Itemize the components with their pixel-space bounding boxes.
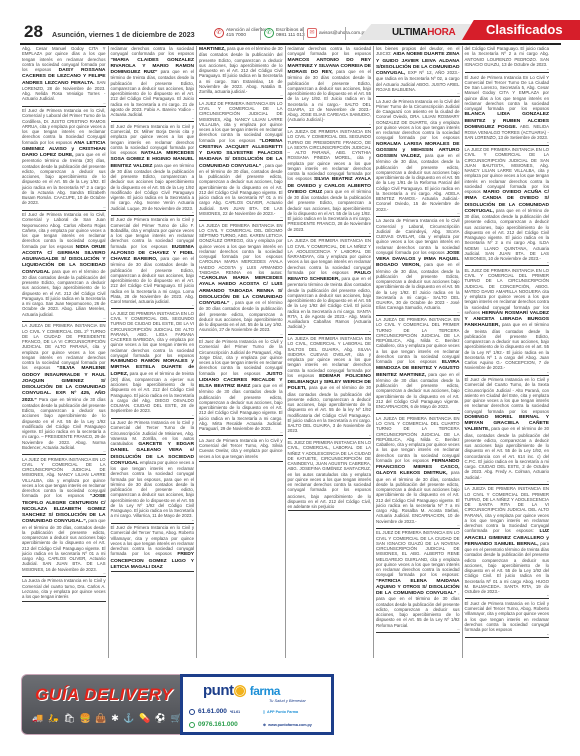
legal-notice: El Juez de Primera Instancia en lo Civil… (111, 525, 195, 572)
legal-notice: El Juez de Primera Instancia en lo Civil… (465, 377, 550, 485)
notice-text: para que en el término de treinta días, … (111, 69, 195, 117)
delivery-category-icon: 🚚 (32, 713, 43, 724)
divider (345, 27, 346, 40)
notice-code: ... (22, 317, 106, 320)
notice-text: para que en el perentorio término de tre… (288, 276, 372, 329)
notice-text: del Código Civil Paraguayo. El juicio ra… (465, 46, 550, 67)
legal-notice: reclamar derechos contra la sociedad con… (288, 46, 372, 128)
notice-code: ... (199, 216, 283, 219)
legal-notice: LA JUEZA DE PRIMERA INSTANCIA EN LO CIVI… (376, 416, 460, 529)
legal-notice: El Juez de Primera Instancia en lo Civil… (199, 339, 283, 436)
notice-text: acciones, bajo apercibimiento de lo disp… (288, 494, 372, 510)
whatsapp-line: 0976.161.000 (189, 721, 238, 728)
legal-notice: LA JUEZ DE PRIMERA INSTANCIA EN LO CIVIL… (22, 457, 106, 577)
notice-text: El Juez de Primera Instancia en lo Civil… (465, 601, 550, 632)
notice-text: EL JUEZ DE PRIMERA INSTANCIA EN LO CIVIL… (465, 268, 550, 315)
legal-notice: La Juez de Primera Instancia en lo Civil… (199, 438, 283, 462)
notice-text: LA JUEZ DE PRIMERA INSTANCIA EN LO CIVIL… (111, 311, 195, 358)
divider (260, 27, 261, 40)
notice-text: para que en el término de 30 días, conta… (465, 208, 550, 261)
notice-text: La Juez de Primera Instancia en lo Civil… (199, 438, 283, 459)
notice-text: para que en el término de 30 días contad… (288, 189, 372, 232)
delivery-category-icon: 👜 (95, 713, 106, 724)
legal-notice: EL JUEZ DE PRIMERA INSTANCIA EN LO CIVIL… (376, 530, 460, 633)
notice-text: para que en el término de 30 días contad… (111, 256, 195, 304)
phone-line: 61.61.000*61.61 (189, 708, 240, 715)
notice-code: ... (288, 123, 372, 126)
delivery-category-icon: 🛵 (48, 713, 59, 724)
notice-text: El Juez de Primera Instancia en lo Civil… (465, 377, 550, 414)
notice-text: para que en el término de 30 días, conta… (376, 470, 460, 523)
legal-notice: El Juez de Primera Instancia En Lo Civil… (465, 75, 550, 146)
notice-code: ... (376, 311, 460, 314)
legal-notice: MARTINEZ, para que en el término de 30 d… (199, 46, 283, 99)
notice-code: ... (22, 572, 106, 575)
delivery-category-icon: ✱ (111, 713, 119, 724)
notice-code: ... (288, 232, 372, 235)
legal-notice: LA JUEZA DE PRIMERA INSTANCIA EN LO CIVI… (288, 129, 372, 237)
page-number: 28 (24, 23, 43, 40)
legal-notice: LA JUEZ DE PRIMERA INSTANCIA EN LO CIVIL… (465, 147, 550, 266)
legal-notice: LA JUEZA DE PRIMERA INSTANCIA EN LO CIVI… (288, 336, 372, 439)
legal-notice: LA JUEZA DE PRIMERA INSTANCIA EN LO CIVI… (288, 238, 372, 334)
notice-text: LA JUEZA DE PRIMERA INSTANCIA EN LO CIVI… (22, 323, 106, 370)
notice-text: El Juez de Primera Instancia en lo Civil… (22, 108, 106, 145)
page-header: 28 Asunción, viernes 1 de diciembre de 2… (0, 0, 580, 40)
notice-text: LA JUEZ DE PRIMERA INSTANCIA EN LO CIVIL… (199, 101, 283, 143)
notice-text: La Juez de Primera Instancia en lo Civil… (376, 99, 460, 141)
notice-text: LA JUEZA DE PRIMERA INSTANCIA EN LO CIVI… (288, 238, 372, 275)
notice-text: para que en el perentorio término de tre… (465, 541, 550, 594)
legal-notice: LA JUEZ DE PRIMERA INSTANCIA EN LO CIVIL… (199, 101, 283, 221)
legal-notice: EL JUEZ DE PRIMERA INSTANCIA EN LO CIVIL… (465, 268, 550, 376)
notice-code: ... (111, 414, 195, 417)
legal-notice: LA JUEZ DE PRIMERA INSTANCIA EN LO CIVIL… (111, 311, 195, 419)
notice-text: La Jueza de Primera Instancia en lo Civi… (376, 218, 460, 255)
notice-text: reclamar derechos contra la sociedad con… (288, 46, 372, 56)
notice-code: ... (465, 68, 550, 71)
notice-code: ... (22, 450, 106, 453)
customer-service-contact: ✆ Atención al cliente:415 7000 (214, 26, 266, 40)
notice-text: para que en el término de 30 días, conta… (465, 426, 550, 479)
classifieds-columns: Abg. Cesar Manuel Godoy CITA Y EMPLAZA p… (20, 46, 561, 658)
sun-logo-icon: ◉ (233, 682, 246, 699)
column-5: los bienes propios del deudor, en el JUI… (374, 46, 463, 658)
notice-text: para que en el término de 30 días contad… (199, 46, 283, 94)
column-4: reclamar derechos contra la sociedad con… (286, 46, 375, 658)
globe-icon: ⊕ (263, 723, 266, 727)
notice-text: para que en el término de 30 días contad… (376, 372, 460, 410)
notice-text: para que en término de 30 días contados … (111, 163, 195, 211)
notice-code: ... (465, 261, 550, 264)
notice-code: ... (376, 92, 460, 95)
notice-text: para que en el término de treinta días c… (465, 322, 550, 370)
notice-text: para que en el perentorio término de tre… (22, 152, 106, 205)
website-line: ⊕www.puntofarma.com.py (263, 723, 312, 727)
phone-icon: ✆ (214, 28, 224, 38)
notice-code: ... (111, 519, 195, 522)
app-line: ▯APP Punto Farma (263, 710, 298, 714)
notice-text: LA JUEZA DE PRIMERA INSTANCIA EN LO CIVI… (288, 129, 372, 181)
notice-text: LA JUEZA DE PRIMERA INSTANCIA EN LO CIVI… (465, 486, 550, 533)
notice-code: ... (465, 141, 550, 144)
legal-notice: del Código Civil Paraguayo. El juicio ra… (465, 46, 550, 73)
notice-text: , para que en el término de 30 días cont… (376, 590, 460, 628)
column-2: reclamar derechos contra la sociedad con… (109, 46, 198, 658)
notice-text: para que en el término de 30 días contad… (288, 69, 372, 122)
legal-notice: EL JUEZ DE PRIMERA INSTANCIA EN LO CIVIL… (288, 440, 372, 511)
page-date: Asunción, viernes 1 de diciembre de 2023 (52, 30, 195, 39)
legal-notice: La Juez de Primera Instancia en lo Civil… (111, 420, 195, 524)
notice-text: para que en el término de treinta (30) d… (111, 371, 195, 414)
notice-code: ... (111, 304, 195, 307)
column-3: MARTINEZ, para que en el término de 30 d… (197, 46, 286, 658)
notice-text: para que en el término de 30 días, conta… (376, 262, 460, 310)
punto-farma-logo: punt◉ farma (203, 681, 280, 699)
email-contact: ✉ avisos@uhora.com.py (307, 26, 367, 40)
notice-text: para que en el término de 30 días contad… (22, 269, 106, 317)
notice-code: ... (465, 594, 550, 597)
notice-text: El Juez de Primera Instancia En Lo Civil… (465, 75, 550, 112)
legal-notice: los bienes propios del deudor, en el JUI… (376, 46, 460, 97)
notice-parties: “PATRICIA ELENA MAIDANA AQUINO Y OTROS S… (376, 579, 460, 597)
notice-text: para que en el término de 30 días, conta… (22, 518, 106, 571)
legal-notice: La Juez de Primera Instancia en lo Civil… (376, 99, 460, 217)
legal-notice: LA JUEZA DE PRIMERA INSTANCIA EN LO CIVI… (465, 486, 550, 599)
notice-code: ... (199, 333, 283, 336)
notice-text: Para que en término de 30 días contados … (22, 397, 106, 450)
notice-text: LA JUEZA DE PRIMERA INSTANCIA EN LO CIVI… (376, 416, 460, 463)
column-1: Abg. Cesar Manuel Godoy CITA Y EMPLAZA p… (20, 46, 109, 658)
notice-text: para que en el término de 30 días contad… (288, 385, 372, 433)
notice-code: ... (22, 206, 106, 209)
notice-code: ... (376, 628, 460, 631)
notice-text: reclamar derechos contra la sociedad con… (111, 46, 195, 56)
delivery-category-icon: 💊 (139, 713, 150, 724)
notice-parties: MARTINEZ, (199, 47, 226, 52)
notice-code: ... (376, 409, 460, 412)
notice-code: ... (111, 117, 195, 120)
delivery-icons: 🚚🛵🛍🍔👜✱⚓💊⚽🛒 (32, 713, 182, 724)
legal-notice: LA JUEZA DE PRIMERA INSTANCIA EN LO CIVI… (199, 223, 283, 338)
notice-code: ... (465, 480, 550, 483)
notice-code: ... (22, 102, 106, 105)
notice-code: ... (199, 431, 283, 434)
header-rule (20, 43, 561, 45)
tagline: Tu Salud y Bienestar (269, 698, 306, 703)
notice-text: LA JUEZ DE PRIMERA INSTANCIA EN LO CIVIL… (465, 147, 550, 194)
notice-code: ... (376, 524, 460, 527)
notice-text: , para que en el término de 30 días, con… (199, 163, 283, 216)
notice-text: para que en el término de 30 días, conta… (376, 153, 460, 212)
notice-code: ... (199, 94, 283, 97)
delivery-category-icon: ⚽ (155, 713, 166, 724)
delivery-category-icon: 🛍 (64, 713, 75, 724)
delivery-category-icon: ⚓ (123, 713, 134, 724)
notice-text: emplaza por quince veces a los que tenga… (111, 460, 195, 519)
legal-notice: El Juez de Primera Instancia en lo Civil… (465, 601, 550, 639)
brand-logo: ULTIMAHORA (392, 27, 455, 38)
section-title: Clasificados (462, 20, 580, 40)
whatsapp-icon (189, 722, 195, 728)
notice-text: LA JUEZ DE PRIMERA INSTANCIA EN LO CIVIL… (22, 457, 106, 499)
notice-code: ... (465, 371, 550, 374)
notice-code: ... (288, 330, 372, 333)
divider (303, 27, 304, 40)
notice-text: EL JUEZ DE PRIMERA INSTANCIA EN LO CIVIL… (288, 440, 372, 492)
notice-text: LA JUEZA DE PRIMERA INSTANCIA EN LO CIVI… (199, 223, 283, 275)
notice-text: La Jueza de Primera Instancia en lo Civi… (22, 578, 106, 599)
notice-code: ... (111, 211, 195, 214)
legal-notice: El Juez de Primera Instancia en lo Civil… (22, 108, 106, 211)
mail-icon: ✉ (307, 28, 317, 38)
notice-code: ... (288, 434, 372, 437)
legal-notice: LA JUEZA DE PRIMERA INSTANCIA EN LO CIVI… (376, 317, 460, 414)
notice-text: EL JUEZ DE PRIMERA INSTANCIA EN LO CIVIL… (376, 530, 460, 577)
punto-farma-ad[interactable]: punt◉ farma Tu Salud y Bienestar 61.61.0… (180, 674, 334, 735)
column-6: del Código Civil Paraguayo. El juicio ra… (463, 46, 552, 658)
ad-title: GUÍA DELIVERY (22, 685, 186, 705)
legal-notice: La Jueza de Primera Instancia en lo Civi… (376, 218, 460, 315)
whatsapp-icon: ✆ (264, 28, 274, 38)
notice-code: ... (465, 633, 550, 636)
notice-text: El Juez de Primera Instancia en lo Civil… (199, 339, 283, 376)
legal-notice: El Juez de Primera Instancia en lo Civil… (22, 212, 106, 322)
notice-text: LA JUEZA DE PRIMERA INSTANCIA EN LO CIVI… (288, 336, 372, 378)
legal-notice: El Juez de Primera Instancia en lo Civil… (111, 217, 195, 309)
delivery-category-icon: 🍔 (80, 713, 91, 724)
legal-notice: reclamar derechos contra la sociedad con… (111, 46, 195, 122)
legal-notice: Abg. Cesar Manuel Godoy CITA Y EMPLAZA p… (22, 46, 106, 107)
notice-text: LA JUEZA DE PRIMERA INSTANCIA EN LO CIVI… (376, 317, 460, 364)
whatsapp-contact: ✆ Escríbinos al0981 111 013 (264, 26, 305, 40)
notice-text: para que en el término de 30 días contad… (199, 383, 283, 431)
legal-notice: La Jueza de Primera Instancia en lo Civi… (22, 578, 106, 602)
guia-delivery-ad[interactable]: GUÍA DELIVERY 🚚🛵🛍🍔👜✱⚓💊⚽🛒 (21, 674, 187, 735)
mobile-icon: ▯ (263, 710, 265, 714)
phone-icon (189, 709, 195, 715)
legal-notice: LA JUEZA DE PRIMERA INSTANCIA EN LO CIVI… (22, 323, 106, 455)
legal-notice: El Juez de Primera Instancia en lo Civil… (111, 124, 195, 216)
notice-code: ... (376, 212, 460, 215)
notice-text: El Juez de Primera Instancia en lo Civil… (22, 212, 106, 249)
